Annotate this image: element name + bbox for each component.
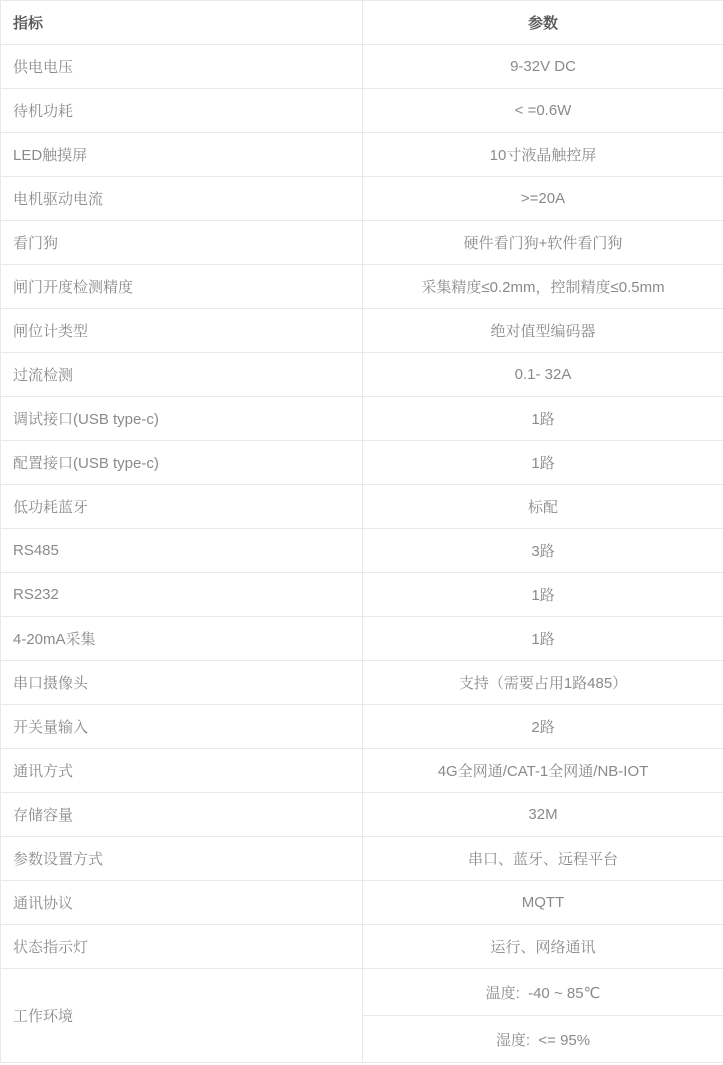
table-row: 低功耗蓝牙 标配 [1, 485, 723, 529]
spec-value: 1路 [363, 441, 723, 485]
spec-value: 1路 [363, 397, 723, 441]
table-row: RS232 1路 [1, 573, 723, 617]
spec-label: 参数设置方式 [1, 837, 363, 881]
spec-label: 待机功耗 [1, 89, 363, 133]
spec-value: 标配 [363, 485, 723, 529]
spec-value: 1路 [363, 573, 723, 617]
spec-value-humidity: 湿度: <= 95% [363, 1016, 723, 1063]
table-row: 参数设置方式 串口、蓝牙、远程平台 [1, 837, 723, 881]
spec-label: 存储容量 [1, 793, 363, 837]
table-row-environment-temperature: 工作环境 温度: -40 ~ 85℃ [1, 969, 723, 1016]
spec-label: 闸位计类型 [1, 309, 363, 353]
spec-label: 低功耗蓝牙 [1, 485, 363, 529]
spec-label: 供电电压 [1, 45, 363, 89]
spec-label: RS485 [1, 529, 363, 573]
table-row: 通讯协议 MQTT [1, 881, 723, 925]
spec-label: 通讯协议 [1, 881, 363, 925]
spec-value: MQTT [363, 881, 723, 925]
header-indicator: 指标 [1, 1, 363, 45]
spec-label: 过流检测 [1, 353, 363, 397]
spec-value: 运行、网络通讯 [363, 925, 723, 969]
spec-value: 0.1- 32A [363, 353, 723, 397]
spec-label: 看门狗 [1, 221, 363, 265]
table-row: 配置接口(USB type-c) 1路 [1, 441, 723, 485]
table-row: 闸位计类型 绝对值型编码器 [1, 309, 723, 353]
spec-label: 串口摄像头 [1, 661, 363, 705]
spec-label: 状态指示灯 [1, 925, 363, 969]
spec-value: 9-32V DC [363, 45, 723, 89]
table-row: 串口摄像头 支持（需要占用1路485） [1, 661, 723, 705]
table-row: 供电电压 9-32V DC [1, 45, 723, 89]
spec-label: 通讯方式 [1, 749, 363, 793]
table-row: 通讯方式 4G全网通/CAT-1全网通/NB-IOT [1, 749, 723, 793]
spec-value: 串口、蓝牙、远程平台 [363, 837, 723, 881]
spec-value: >=20A [363, 177, 723, 221]
spec-value: 3路 [363, 529, 723, 573]
spec-value: 2路 [363, 705, 723, 749]
spec-label: 开关量输入 [1, 705, 363, 749]
table-row: 存储容量 32M [1, 793, 723, 837]
spec-label: 配置接口(USB type-c) [1, 441, 363, 485]
table-row: 状态指示灯 运行、网络通讯 [1, 925, 723, 969]
spec-value: 绝对值型编码器 [363, 309, 723, 353]
spec-value: 10寸液晶触控屏 [363, 133, 723, 177]
table-row: LED触摸屏 10寸液晶触控屏 [1, 133, 723, 177]
spec-label: LED触摸屏 [1, 133, 363, 177]
spec-label: 调试接口(USB type-c) [1, 397, 363, 441]
spec-value: 支持（需要占用1路485） [363, 661, 723, 705]
spec-value: 1路 [363, 617, 723, 661]
spec-value: 硬件看门狗+软件看门狗 [363, 221, 723, 265]
table-row: 待机功耗 < =0.6W [1, 89, 723, 133]
spec-value: 采集精度≤0.2mm，控制精度≤0.5mm [363, 265, 723, 309]
spec-value: < =0.6W [363, 89, 723, 133]
spec-table: 指标 参数 供电电压 9-32V DC 待机功耗 < =0.6W LED触摸屏 … [0, 0, 723, 1063]
spec-value-temperature: 温度: -40 ~ 85℃ [363, 969, 723, 1016]
table-row: 调试接口(USB type-c) 1路 [1, 397, 723, 441]
spec-label-environment: 工作环境 [1, 969, 363, 1063]
spec-label: 闸门开度检测精度 [1, 265, 363, 309]
spec-label: 电机驱动电流 [1, 177, 363, 221]
table-row: 电机驱动电流 >=20A [1, 177, 723, 221]
table-row: 过流检测 0.1- 32A [1, 353, 723, 397]
table-header-row: 指标 参数 [1, 1, 723, 45]
spec-label: 4-20mA采集 [1, 617, 363, 661]
spec-value: 4G全网通/CAT-1全网通/NB-IOT [363, 749, 723, 793]
table-row: 4-20mA采集 1路 [1, 617, 723, 661]
table-row: 闸门开度检测精度 采集精度≤0.2mm，控制精度≤0.5mm [1, 265, 723, 309]
table-row: RS485 3路 [1, 529, 723, 573]
table-row: 看门狗 硬件看门狗+软件看门狗 [1, 221, 723, 265]
table-row: 开关量输入 2路 [1, 705, 723, 749]
header-parameter: 参数 [363, 1, 723, 45]
spec-value: 32M [363, 793, 723, 837]
spec-label: RS232 [1, 573, 363, 617]
